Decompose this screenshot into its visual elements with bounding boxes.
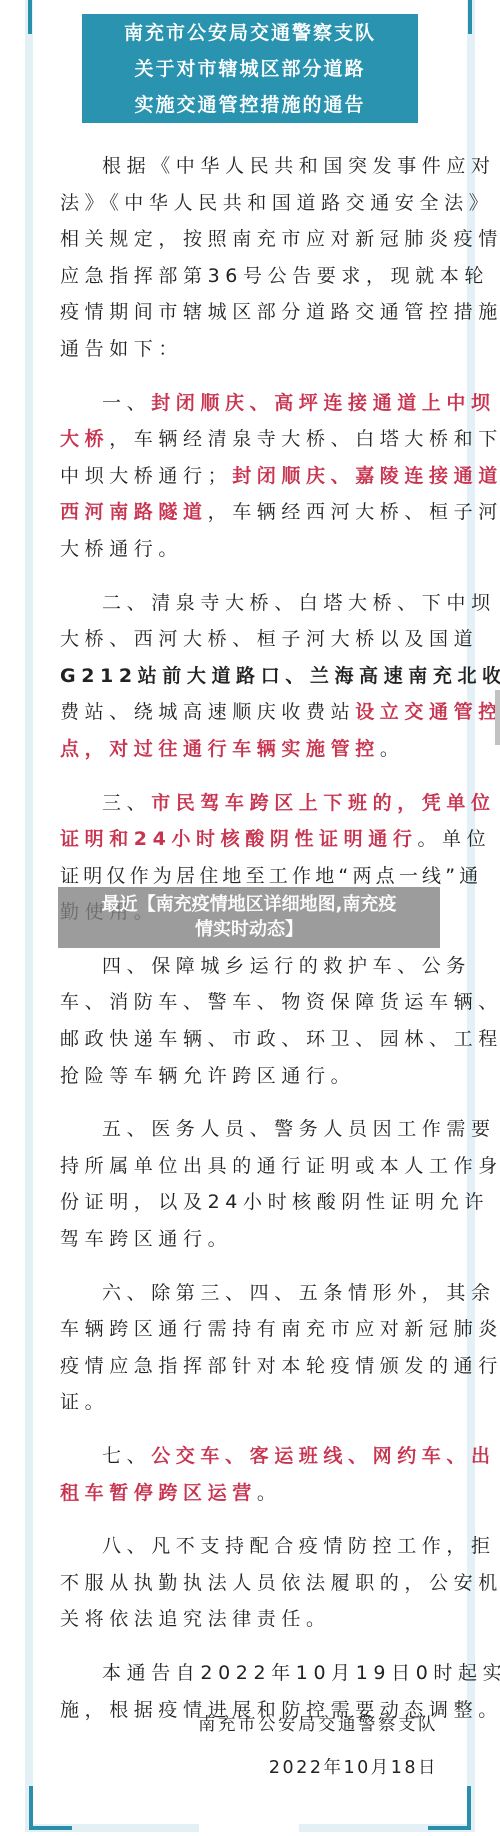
frame-accent-top-left [28, 0, 32, 34]
title-line-3: 实施交通管控措施的通告 [82, 87, 418, 123]
signature-date: 2022年10月18日 [269, 1754, 438, 1779]
item-six-line: 证。 [60, 1384, 442, 1421]
item-five-line: 驾车跨区通行。 [60, 1221, 442, 1258]
item-two-line: 大桥、西河大桥、桓子河大桥以及国道 [60, 621, 442, 658]
item-six-line: 疫情应急指挥部针对本轮疫情颁发的通行 [60, 1348, 442, 1385]
body-text: ，车辆经西河大桥、桓子河 [208, 501, 500, 523]
highlight-text: 租车暂停跨区运营 [60, 1482, 257, 1504]
title-line-1: 南充市公安局交通警察支队 [82, 15, 418, 51]
intro-line: 疫情期间市辖城区部分道路交通管控措施 [60, 294, 442, 331]
body-text: 。 [380, 738, 405, 760]
item-one-line: 大桥通行。 [60, 531, 442, 568]
item-one-line: 中坝大桥通行；封闭顺庆、嘉陵连接通道 [60, 458, 442, 495]
corner-bracket-bottom-left-horizontal [29, 1826, 72, 1830]
item-eight-line: 关将依法追究法律责任。 [60, 1601, 442, 1638]
frame-bottom-gap [199, 1816, 299, 1832]
item-five-line: 五、医务人员、警务人员因工作需要 [60, 1111, 442, 1148]
item-seven-line: 七、公交车、客运班线、网约车、出 [60, 1438, 442, 1475]
highlight-text: 设立交通管控 [355, 701, 500, 723]
item-three-line: 三、市民驾车跨区上下班的，凭单位 [60, 785, 442, 822]
overlay-caption-line-2: 情实时动态】 [58, 917, 440, 942]
body-text: 中坝大桥通行； [60, 465, 232, 487]
corner-bracket-bottom-right-horizontal [428, 1826, 471, 1830]
item-three-line: 证明和24小时核酸阴性证明通行。单位 [60, 821, 442, 858]
item-eight-line: 八、凡不支持配合疫情防控工作，拒 [60, 1528, 442, 1565]
highlight-text: 封闭顺庆、嘉陵连接通道 [232, 465, 500, 487]
item-five-line: 份证明，以及24小时核酸阴性证明允许 [60, 1184, 442, 1221]
item-two-line: 二、清泉寺大桥、白塔大桥、下中坝 [60, 585, 442, 622]
item-number: 三、 [102, 792, 151, 814]
corner-bracket-bottom-left-vertical [29, 1786, 33, 1830]
item-six-line: 六、除第三、四、五条情形外，其余 [60, 1275, 442, 1312]
item-two-line: 点，对过往通行车辆实施管控。 [60, 731, 442, 768]
item-seven-line: 租车暂停跨区运营。 [60, 1475, 442, 1512]
intro-line: 应急指挥部第36号公告要求，现就本轮 [60, 258, 442, 295]
item-two-line: G212站前大道路口、兰海高速南充北收 [60, 658, 442, 695]
highlight-text: 西河南路隧道 [60, 501, 208, 523]
item-number: 一、 [102, 392, 151, 414]
highlight-text: 点，对过往通行车辆实施管控 [60, 738, 380, 760]
closing-line: 本通告自2022年10月19日0时起实 [60, 1655, 442, 1692]
intro-line: 根据《中华人民共和国突发事件应对 [60, 148, 442, 185]
intro-line: 相关规定，按照南充市应对新冠肺炎疫情 [60, 221, 442, 258]
item-one-line: 大桥，车辆经清泉寺大桥、白塔大桥和下 [60, 421, 442, 458]
overlay-caption-line-1: 最近【南充疫情地区详细地图,南充疫 [58, 892, 440, 917]
item-two-line: 费站、绕城高速顺庆收费站设立交通管控 [60, 694, 442, 731]
item-number: 七、 [102, 1445, 151, 1467]
scrollbar-thumb[interactable] [495, 690, 500, 745]
item-one-line: 一、封闭顺庆、高坪连接通道上中坝 [60, 385, 442, 422]
intro-line: 通告如下： [60, 331, 442, 368]
body-text: ，车辆经清泉寺大桥、白塔大桥和下 [109, 428, 500, 450]
item-five-line: 持所属单位出具的通行证明或本人工作身 [60, 1148, 442, 1185]
item-four-line: 车、消防车、警车、物资保障货运车辆、 [60, 984, 442, 1021]
highlight-text: 大桥 [60, 428, 109, 450]
highlight-text: 封闭顺庆、高坪连接通道上中坝 [151, 392, 495, 414]
item-four-line: 邮政快递车辆、市政、环卫、园林、工程 [60, 1021, 442, 1058]
highlight-text: 市民驾车跨区上下班的，凭单位 [151, 792, 495, 814]
title-line-2: 关于对市辖城区部分道路 [82, 51, 418, 87]
body-text: 费站、绕城高速顺庆收费站 [60, 701, 355, 723]
highlight-text: 公交车、客运班线、网约车、出 [151, 1445, 495, 1467]
corner-bracket-bottom-right-vertical [467, 1786, 471, 1830]
highlight-text: 证明和24小时核酸阴性证明通行 [60, 828, 417, 850]
signature-issuer: 南充市公安局交通警察支队 [198, 1711, 438, 1736]
article-title-overlay[interactable]: 最近【南充疫情地区详细地图,南充疫 情实时动态】 [58, 887, 440, 948]
item-one-line: 西河南路隧道，车辆经西河大桥、桓子河 [60, 494, 442, 531]
body-text: 。单位 [417, 828, 491, 850]
body-text: 。 [257, 1482, 282, 1504]
item-four-line: 抢险等车辆允许跨区通行。 [60, 1058, 442, 1095]
intro-line: 法》《中华人民共和国道路交通安全法》 [60, 185, 442, 222]
frame-accent-top-right [468, 0, 472, 34]
item-eight-line: 不服从执勤执法人员依法履职的，公安机 [60, 1565, 442, 1602]
item-six-line: 车辆跨区通行需持有南充市应对新冠肺炎 [60, 1311, 442, 1348]
item-four-line: 四、保障城乡运行的救护车、公务 [60, 948, 442, 985]
notice-title-banner: 南充市公安局交通警察支队 关于对市辖城区部分道路 实施交通管控措施的通告 [82, 14, 418, 123]
